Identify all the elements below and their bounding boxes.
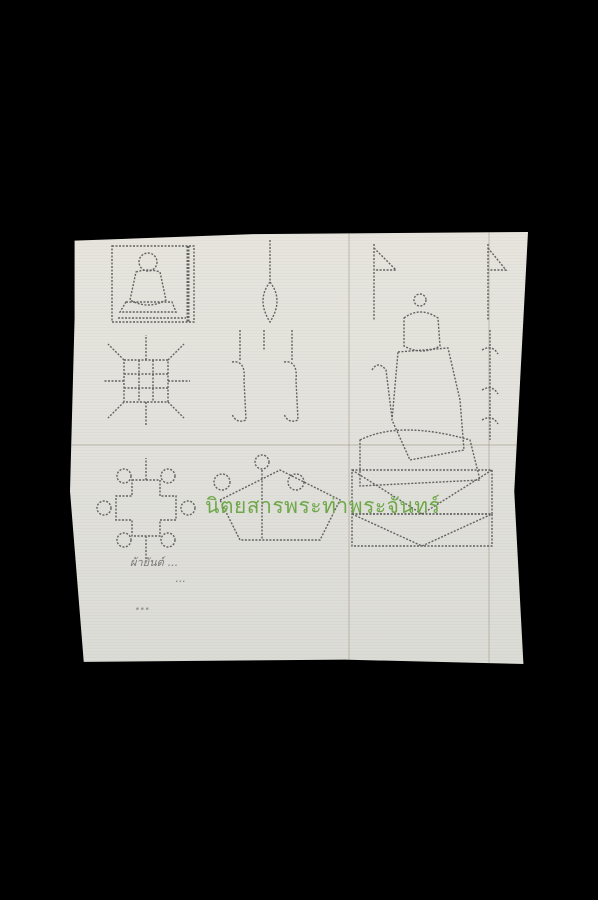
square-yantra-panel: [104, 335, 190, 425]
handwritten-line-3: ...: [135, 598, 150, 614]
flag-drawings: [374, 244, 506, 320]
magazine-watermark: นิตยสารพระท่าพระจันทร์: [205, 490, 440, 523]
handwritten-line-1: ผ้ายันต์ ...: [130, 553, 178, 571]
yantra-drawings: [0, 0, 598, 900]
monk-figure-panel: [112, 246, 194, 322]
cross-yantra-panel: [97, 458, 195, 560]
hanging-ornaments-panel: [232, 240, 298, 421]
handwritten-line-2: ...: [175, 572, 186, 585]
right-script-column: [482, 330, 498, 440]
